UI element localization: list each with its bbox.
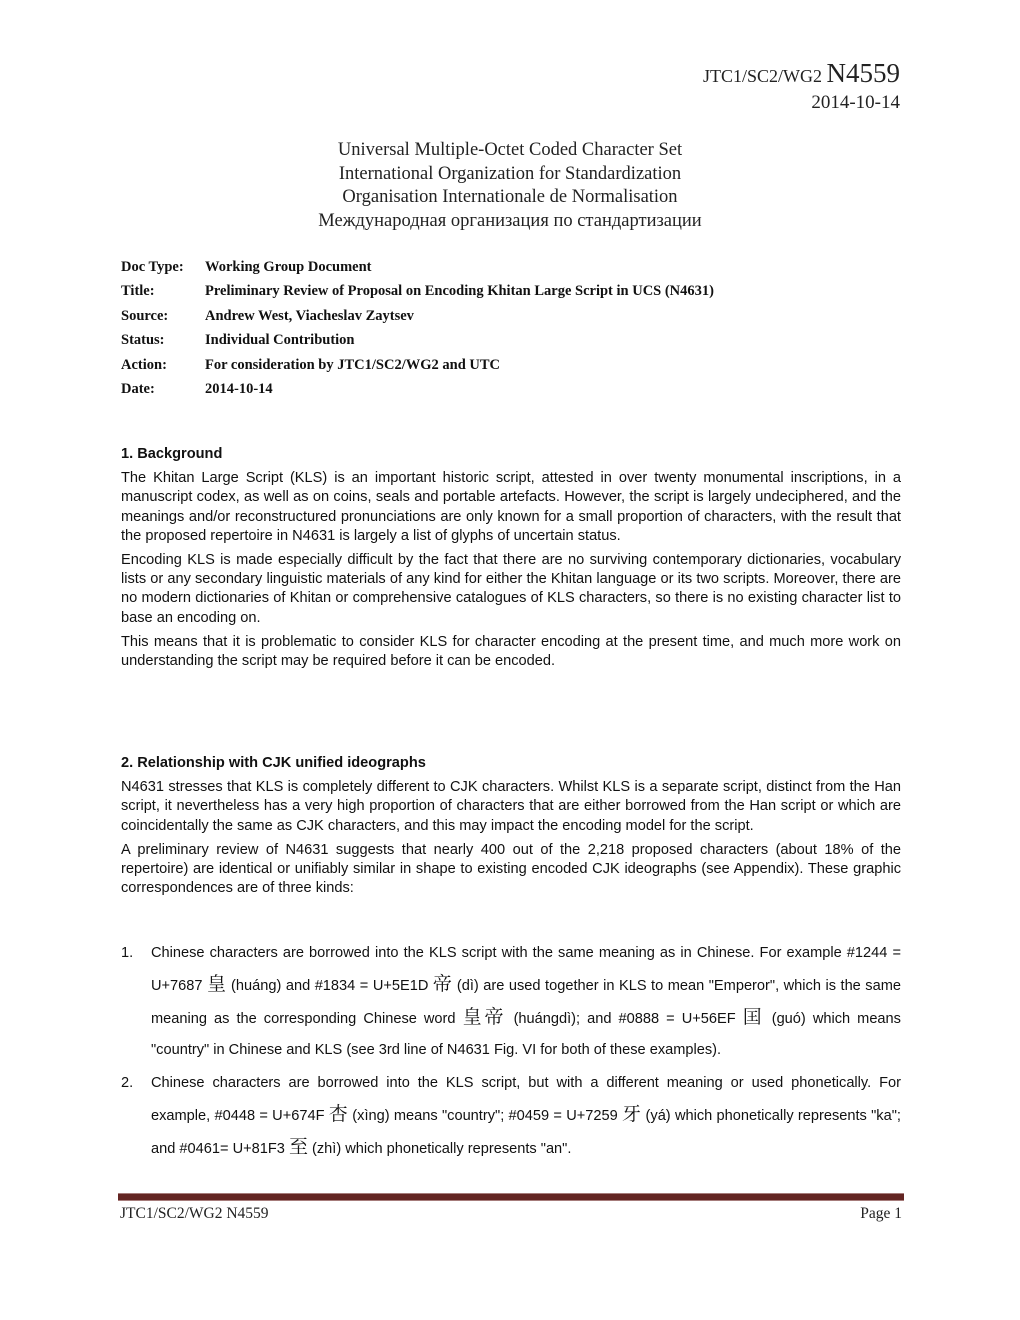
metadata-value: Preliminary Review of Proposal on Encodi… — [205, 283, 714, 307]
document-code-prefix: JTC1/SC2/WG2 — [703, 66, 822, 86]
org-line: Международная организация по стандартиза… — [0, 210, 1020, 234]
org-line: Organisation Internationale de Normalisa… — [0, 186, 1020, 210]
metadata-row-doc-type: Doc Type: Working Group Document — [121, 259, 714, 283]
metadata-label: Date: — [121, 381, 205, 405]
list-number: 1. — [121, 938, 151, 1066]
section-background: 1. Background The Khitan Large Script (K… — [121, 445, 901, 671]
metadata-label: Doc Type: — [121, 259, 205, 283]
cjk-character: 至 — [289, 1136, 308, 1158]
paragraph: A preliminary review of N4631 suggests t… — [121, 841, 901, 899]
correspondence-list: 1. Chinese characters are borrowed into … — [121, 938, 901, 1165]
text-run: (zhì) which phonetically represents "an"… — [308, 1141, 571, 1157]
metadata-value: Working Group Document — [205, 259, 372, 283]
metadata-row-title: Title: Preliminary Review of Proposal on… — [121, 283, 714, 307]
cjk-character: 囯 — [743, 1006, 765, 1028]
cjk-character: 杏 — [329, 1103, 348, 1125]
metadata-label: Source: — [121, 308, 205, 332]
metadata-row-date: Date: 2014-10-14 — [121, 381, 714, 405]
metadata-row-action: Action: For consideration by JTC1/SC2/WG… — [121, 357, 714, 381]
metadata-value: 2014-10-14 — [205, 381, 273, 405]
metadata-label: Status: — [121, 332, 205, 356]
organization-block: Universal Multiple-Octet Coded Character… — [0, 139, 1020, 233]
list-number: 2. — [121, 1068, 151, 1165]
paragraph: This means that it is problematic to con… — [121, 633, 901, 671]
footer-document-code: JTC1/SC2/WG2 N4559 — [120, 1205, 269, 1223]
cjk-character: 牙 — [622, 1103, 641, 1125]
metadata-value: Andrew West, Viacheslav Zaytsev — [205, 308, 414, 332]
list-item: 1. Chinese characters are borrowed into … — [121, 938, 901, 1066]
list-item: 2. Chinese characters are borrowed into … — [121, 1068, 901, 1165]
section-heading: 1. Background — [121, 445, 901, 464]
cjk-character: 帝 — [433, 973, 452, 995]
org-line: Universal Multiple-Octet Coded Character… — [0, 139, 1020, 163]
metadata-label: Action: — [121, 357, 205, 381]
metadata-row-source: Source: Andrew West, Viacheslav Zaytsev — [121, 308, 714, 332]
text-run: (huáng) and #1834 = U+5E1D — [227, 978, 433, 994]
metadata-label: Title: — [121, 283, 205, 307]
metadata-value: For consideration by JTC1/SC2/WG2 and UT… — [205, 357, 500, 381]
text-run: (huángdì); and #0888 = U+56EF — [507, 1011, 743, 1027]
document-number: N4559 — [827, 58, 901, 88]
metadata-table: Doc Type: Working Group Document Title: … — [121, 259, 714, 405]
org-line: International Organization for Standardi… — [0, 163, 1020, 187]
cjk-character: 皇 — [207, 973, 226, 995]
paragraph: N4631 stresses that KLS is completely di… — [121, 778, 901, 836]
paragraph: Encoding KLS is made especially difficul… — [121, 551, 901, 628]
text-run: (xìng) means "country"; #0459 = U+7259 — [348, 1108, 622, 1124]
section-heading: 2. Relationship with CJK unified ideogra… — [121, 754, 901, 773]
metadata-row-status: Status: Individual Contribution — [121, 332, 714, 356]
list-item-text: Chinese characters are borrowed into the… — [151, 1068, 901, 1165]
cjk-word: 皇帝 — [463, 1006, 507, 1028]
metadata-value: Individual Contribution — [205, 332, 355, 356]
document-date: 2014-10-14 — [811, 92, 900, 114]
list-item-text: Chinese characters are borrowed into the… — [151, 938, 901, 1066]
document-code: JTC1/SC2/WG2 N4559 — [703, 58, 900, 89]
footer-divider — [118, 1193, 904, 1201]
section-cjk-relationship: 2. Relationship with CJK unified ideogra… — [121, 754, 901, 898]
footer-page-number: Page 1 — [860, 1205, 902, 1223]
paragraph: The Khitan Large Script (KLS) is an impo… — [121, 469, 901, 546]
